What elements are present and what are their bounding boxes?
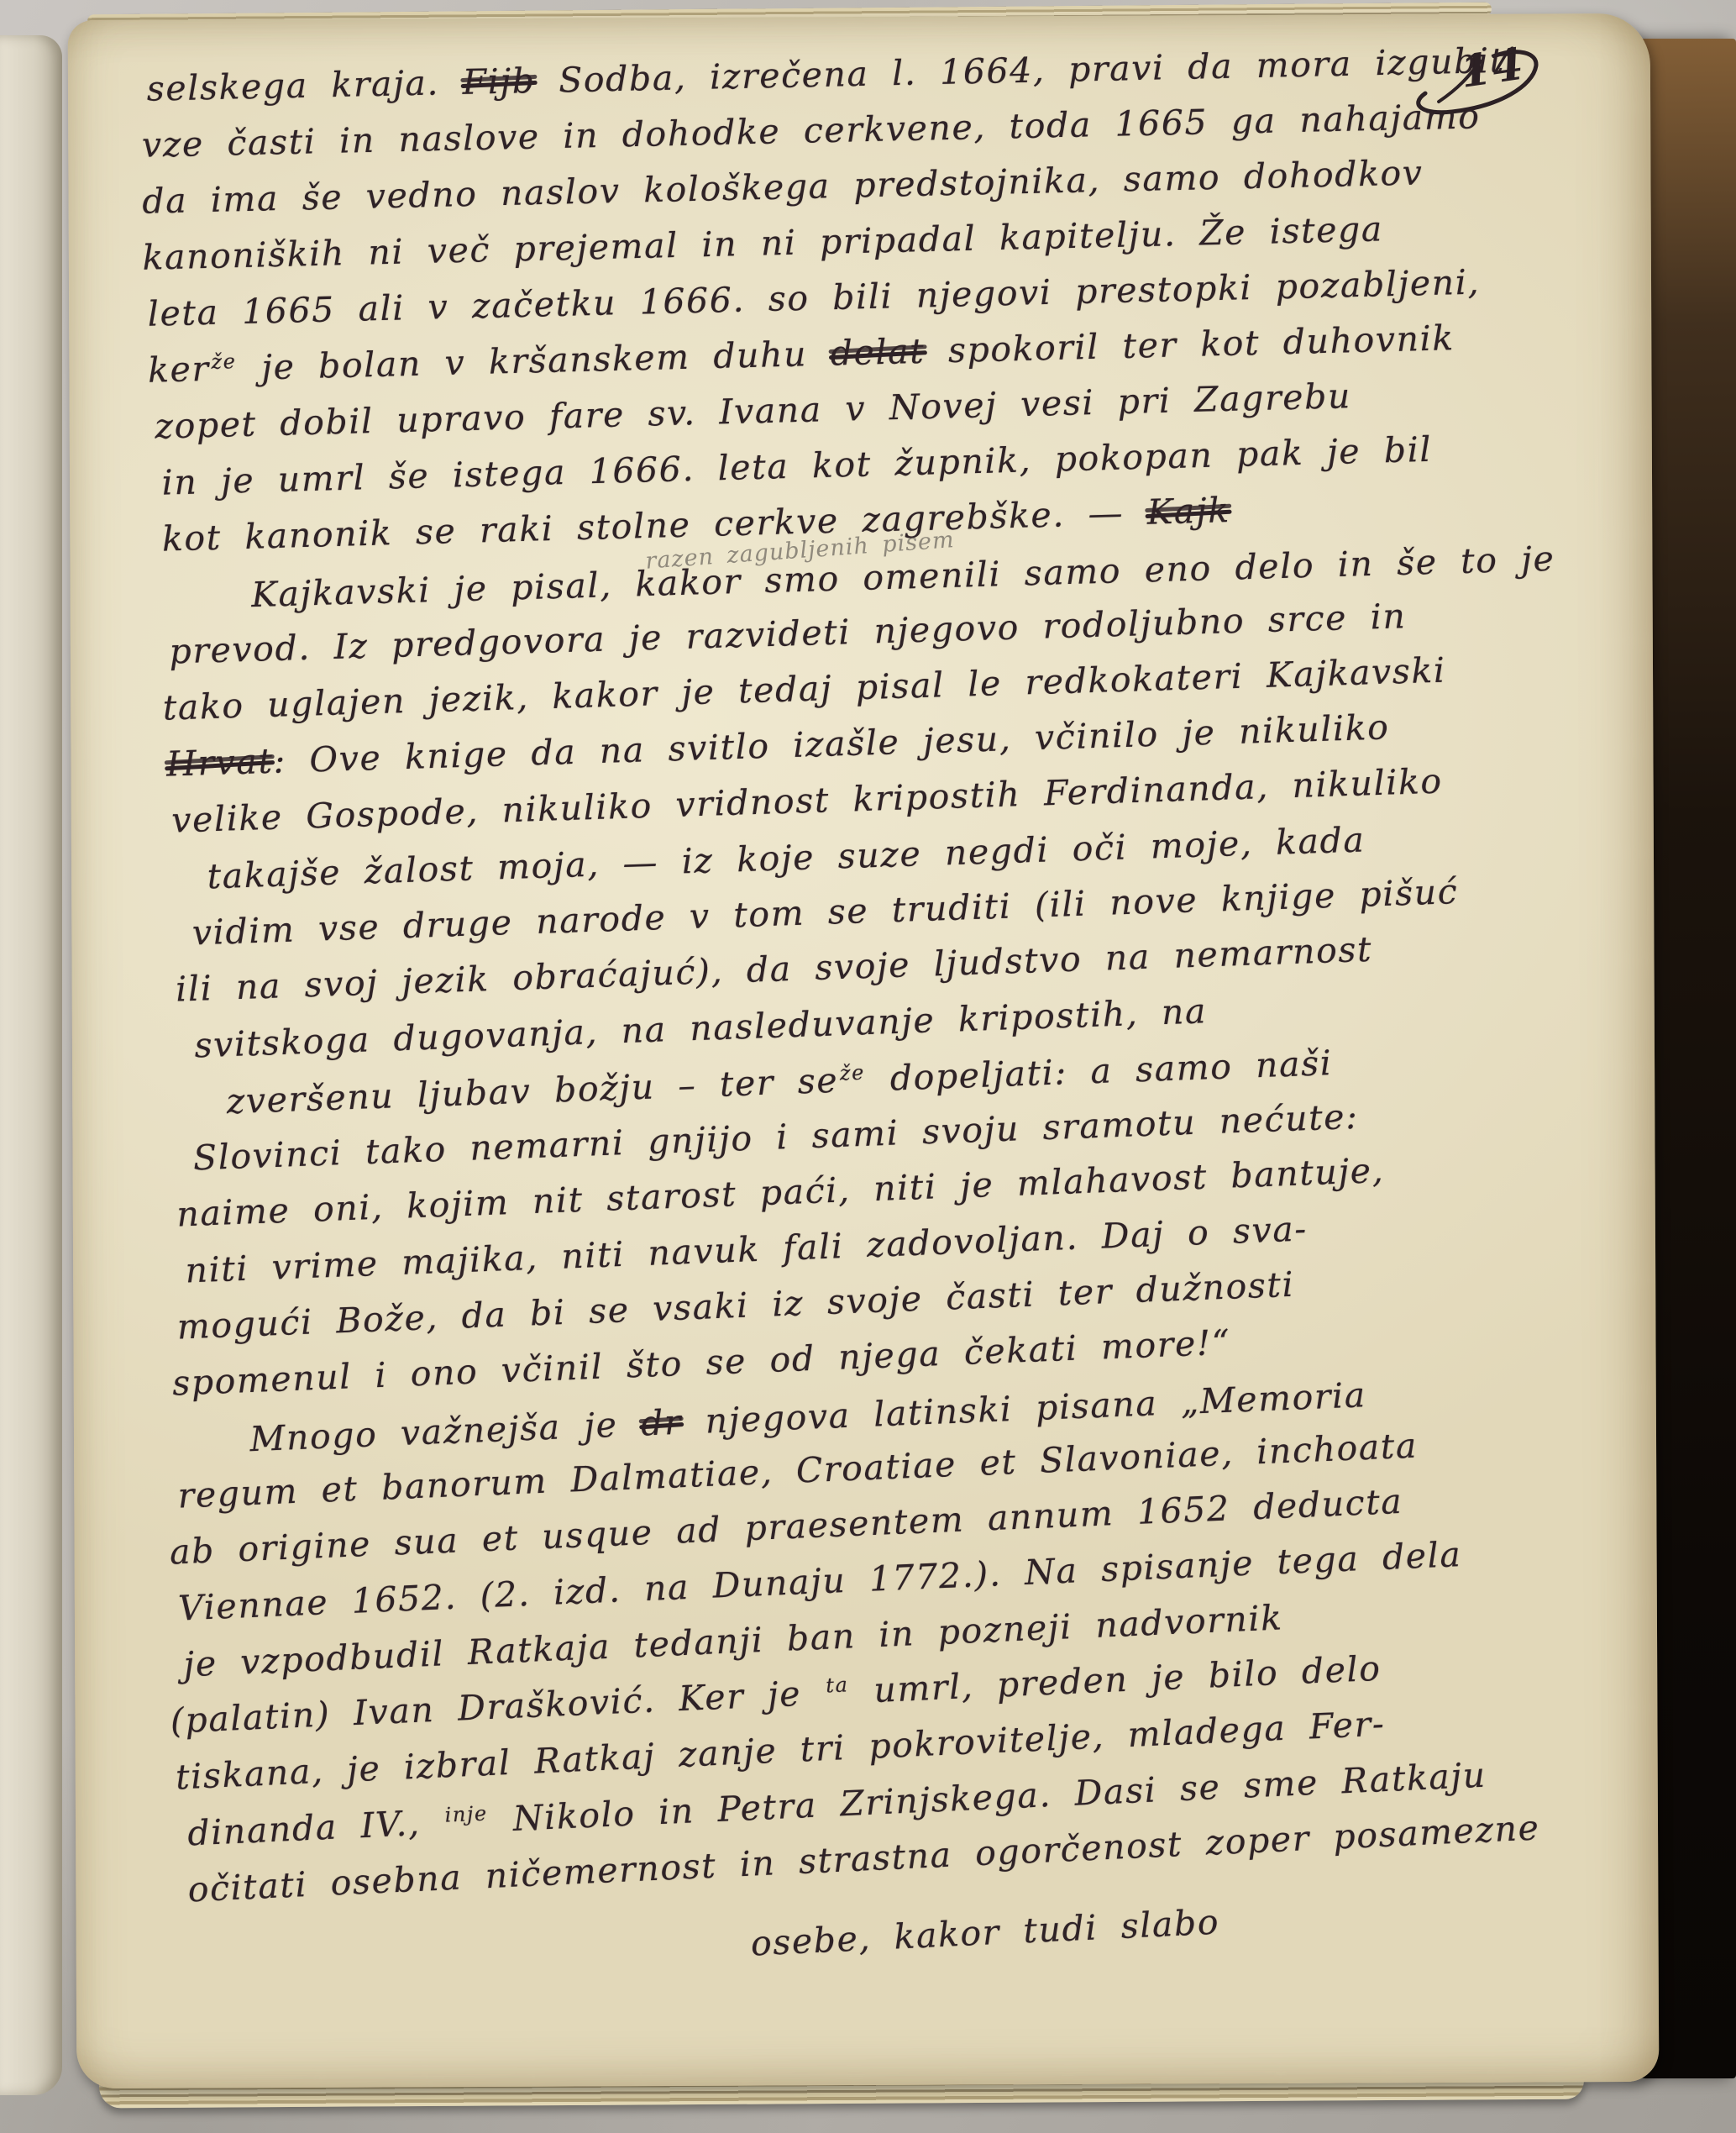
text-segment: ker xyxy=(148,349,211,391)
text-segment: Hrvat xyxy=(165,741,274,785)
facing-page-fore-edge xyxy=(0,35,62,2095)
text-segment: dr xyxy=(640,1402,683,1444)
photo-of-manuscript: { "document": { "kind": "handwritten man… xyxy=(0,0,1736,2133)
manuscript-page: 14 selskega kraja. Fijb Sodba, izrečena … xyxy=(68,13,1660,2088)
text-segment: Kajk xyxy=(1146,490,1230,533)
text-segment: že xyxy=(211,349,237,374)
text-segment: že xyxy=(839,1061,865,1085)
text-segment: Fijb xyxy=(462,60,536,102)
text-segment: selskega kraja. xyxy=(146,62,463,109)
text-segment: inje xyxy=(444,1801,488,1826)
text-segment: delat xyxy=(830,331,926,374)
manuscript-line: osebe, kakor tudi slabo xyxy=(750,1883,1612,1980)
text-segment: Sodba, izrečena l. 1664, pravi da mora i… xyxy=(535,40,1518,101)
text-segment: osebe, kakor tudi slabo xyxy=(750,1902,1220,1964)
text-block: selskega kraja. Fijb Sodba, izrečena l. … xyxy=(142,62,1612,1983)
text-segment: ta xyxy=(826,1673,849,1697)
